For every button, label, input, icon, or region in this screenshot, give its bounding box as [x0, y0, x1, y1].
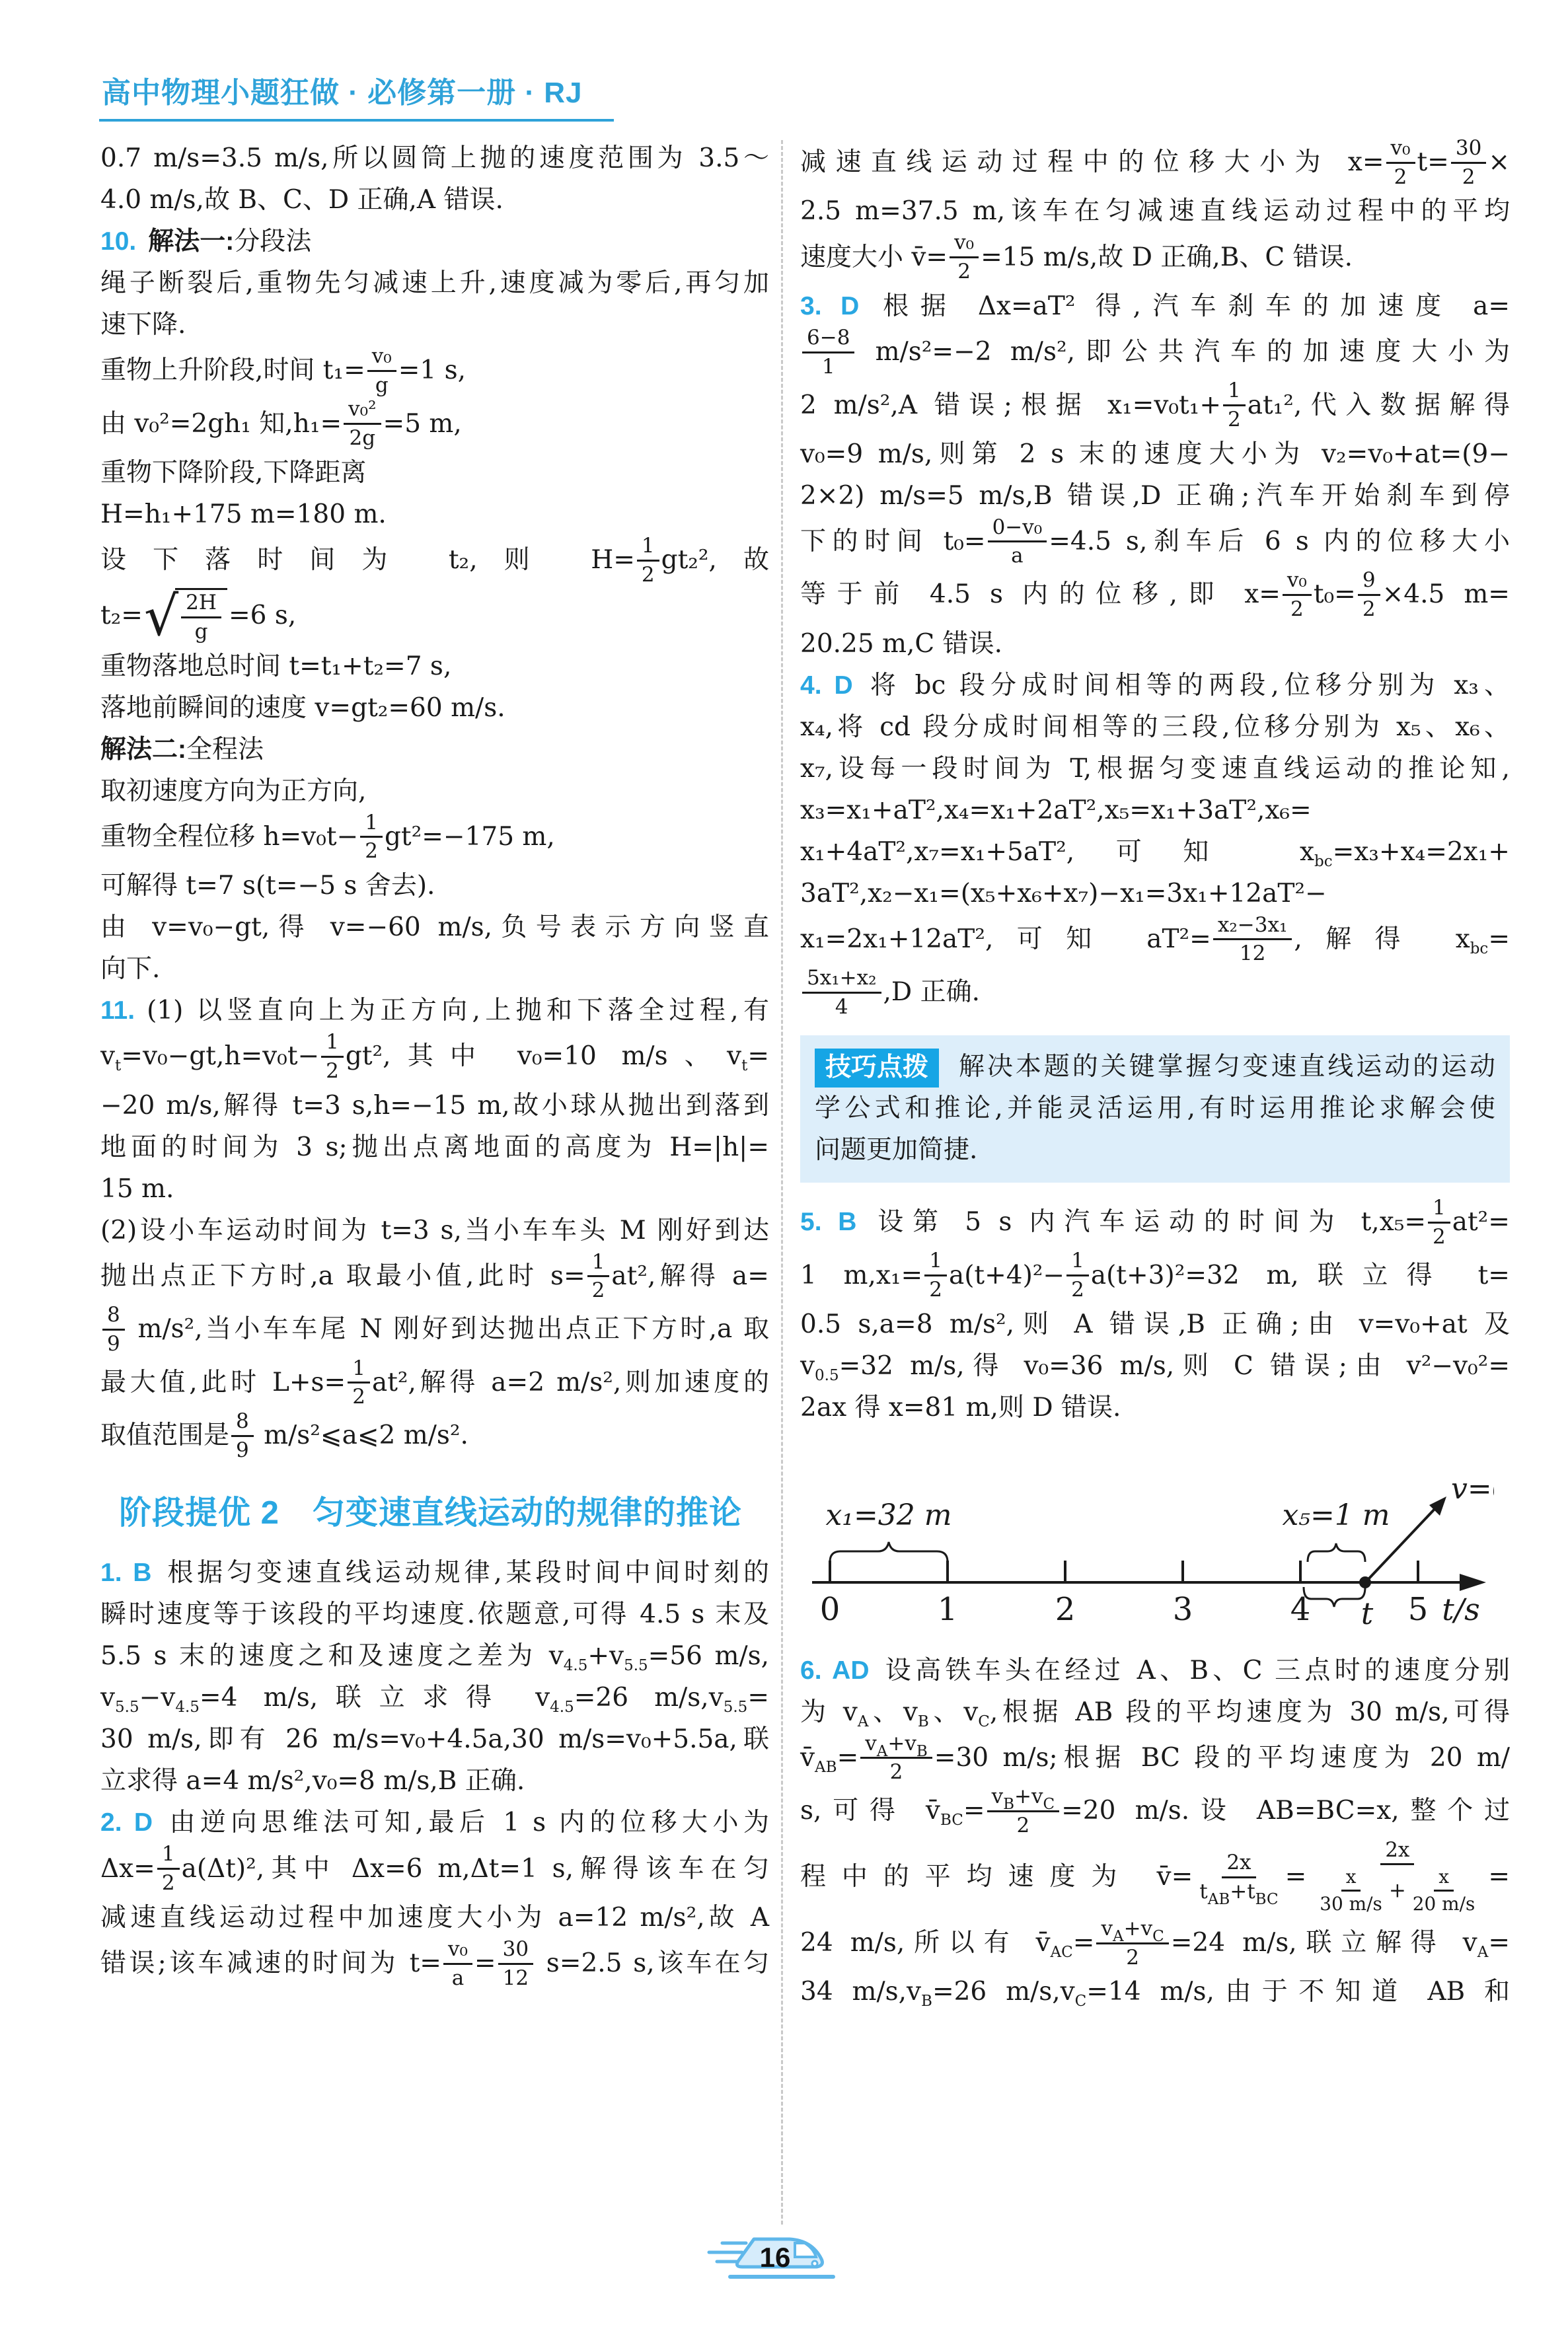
- fraction: 6−81: [802, 326, 854, 379]
- line-text: 错误;该车减速的时间为 t=v₀a=3012 s=2.5 s,该车在匀: [100, 1948, 769, 1978]
- fraction: 12: [1066, 1249, 1089, 1302]
- text-line: (2)设小车运动时间为 t=3 s,当小车车头 M 刚好到达: [100, 1210, 769, 1251]
- text-line: 5.5 s 末的速度之和及速度之差为 v4.5+v5.5=56 m/s,: [100, 1635, 769, 1677]
- line-text: 重物落地总时间 t=t₁+t₂=7 s,: [100, 651, 451, 681]
- text-line: 解法二:全程法: [100, 729, 769, 770]
- method-bold-label: 解法二:: [100, 735, 186, 764]
- line-text: 0.7 m/s=3.5 m/s,所以圆筒上抛的速度范围为 3.5～: [100, 143, 769, 173]
- subscript: A: [877, 1743, 888, 1760]
- text-line: 绳子断裂后,重物先匀减速上升,速度减为零后,再匀加: [100, 262, 769, 304]
- fraction: x₂−3x₁12: [1213, 913, 1292, 966]
- tip-label-badge: 技巧点拨: [815, 1049, 939, 1088]
- text-line: 4.0 m/s,故 B、C、D 正确,A 错误.: [100, 179, 769, 221]
- subscript: C: [1043, 1796, 1055, 1813]
- fraction: 12: [348, 1356, 370, 1409]
- tick-label-1: 1: [938, 1591, 958, 1628]
- line-text: 20.25 m,C 错误.: [800, 629, 1002, 659]
- answer-number-marker: 4. D: [800, 671, 853, 700]
- tip-text-line: 技巧点拨解决本题的关键掌握匀变速直线运动的运动: [815, 1046, 1495, 1088]
- line-text: 根据 Δx=aT² 得,汽车刹车的加速度 a=: [871, 291, 1510, 321]
- subscript: A: [858, 1713, 869, 1730]
- text-line: s,可得 v̄BC=vB+vC2=20 m/s.设 AB=BC=x,整个过: [800, 1786, 1510, 1839]
- text-line: 取值范围是89 m/s²⩽a⩽2 m/s².: [100, 1411, 769, 1463]
- subscript: B: [918, 1713, 929, 1730]
- text-line: 89 m/s²,当小车车尾 N 刚好到达抛出点正下方时,a 取: [100, 1304, 769, 1357]
- fraction: v₀²2g: [344, 397, 381, 450]
- answer-number-marker: 10.: [100, 227, 136, 256]
- section-heading: 阶段提优 2 匀变速直线运动的规律的推论: [119, 1487, 769, 1533]
- text-line: v5.5−v4.5=4 m/s,联立求得 v4.5=26 m/s,v5.5=: [100, 1677, 769, 1718]
- line-text: 由 v₀²=2gh₁ 知,h₁=v₀²2g=5 m,: [100, 409, 462, 439]
- line-text: 由逆向思维法可知,最后 1 s 内的位移大小为: [165, 1808, 769, 1837]
- text-line: 速下降.: [100, 304, 769, 346]
- line-text: 立求得 a=4 m/s²,v₀=8 m/s,B 正确.: [100, 1766, 525, 1796]
- subscript: AB: [1208, 1891, 1230, 1908]
- subscript: AB: [815, 1759, 837, 1776]
- fraction: 12: [924, 1249, 947, 1302]
- book-header-title: 高中物理小题狂做 · 必修第一册 · RJ: [102, 77, 582, 109]
- line-text: H=h₁+175 m=180 m.: [100, 499, 387, 529]
- line-text: Δx=12a(Δt)²,其中 Δx=6 m,Δt=1 s,解得该车在匀: [100, 1854, 769, 1884]
- text-line: 程中的平均速度为 v̄=2xtAB+tBC=2xx30 m/s+x20 m/s=: [800, 1839, 1510, 1918]
- line-text: 4.0 m/s,故 B、C、D 正确,A 错误.: [100, 185, 504, 215]
- axis-ticks: [830, 1561, 1418, 1582]
- text-line: 落地前瞬间的速度 v=gt₂=60 m/s.: [100, 687, 769, 729]
- answer-line: 11.(1) 以竖直向上为正方向,上抛和下落全过程,有: [100, 990, 769, 1031]
- line-text: 30 m/s,即有 26 m/s=v₀+4.5a,30 m/s=v₀+5.5a,…: [100, 1724, 769, 1754]
- fraction: 3012: [498, 1937, 533, 1990]
- right-column: 减速直线运动过程中的位移大小为 x=v₀2t=302×2.5 m=37.5 m,…: [800, 137, 1510, 2012]
- fraction: 89: [231, 1409, 254, 1462]
- line-text: 减速直线运动过程中加速度大小为 a=12 m/s²,故 A: [100, 1903, 769, 1933]
- text-line: 设下落时间为 t₂,则 H=12gt₂²,故: [100, 535, 769, 588]
- text-line: 最大值,此时 L+s=12at²,解得 a=2 m/s²,则加速度的: [100, 1358, 769, 1411]
- text-line: 地面的时间为 3 s;抛出点离地面的高度为 H=|h|=: [100, 1126, 769, 1168]
- text-line: x₁=2x₁+12aT²,可知 aT²=x₂−3x₁12,解得 xbc=: [800, 914, 1510, 967]
- axis-unit-label: t/s: [1442, 1592, 1480, 1627]
- line-text: 取初速度方向为正方向,: [100, 776, 366, 806]
- line-text: 1 m,x₁=12a(t+4)²−12a(t+3)²=32 m,联立得 t=: [800, 1261, 1510, 1290]
- tick-label-2: 2: [1055, 1591, 1076, 1628]
- line-text: 可解得 t=7 s(t=−5 s 舍去).: [100, 871, 435, 901]
- brace-x1-label: x₁=32 m: [825, 1498, 952, 1532]
- line-text: 5.5 s 末的速度之和及速度之差为 v4.5+v5.5=56 m/s,: [100, 1641, 769, 1671]
- text-line: x₇,设每一段时间为 T,根据匀变速直线运动的推论知,: [800, 748, 1510, 790]
- fraction: v₀2: [1283, 568, 1312, 621]
- text-line: 瞬时速度等于该段的平均速度.依题意,可得 4.5 s 末及: [100, 1594, 769, 1635]
- text-line: 由 v₀²=2gh₁ 知,h₁=v₀²2g=5 m,: [100, 398, 769, 451]
- text-line: 可解得 t=7 s(t=−5 s 舍去).: [100, 865, 769, 906]
- fraction: 0−v₀a: [988, 515, 1047, 568]
- fraction: v₀2: [950, 231, 979, 283]
- subscript: C: [978, 1713, 990, 1730]
- line-text: x₄,将 cd 段分成时间相等的三段,位移分别为 x₅、x₆、: [800, 712, 1510, 742]
- text-line: 2.5 m=37.5 m,该车在匀减速直线运动过程中的平均: [800, 190, 1510, 232]
- answer-line: 3. D根据 Δx=aT² 得,汽车刹车的加速度 a=: [800, 285, 1510, 327]
- line-text: v₀=9 m/s,则第 2 s 末的速度大小为 v₂=v₀+at=(9−: [800, 439, 1510, 469]
- book-header: 高中物理小题狂做 · 必修第一册 · RJ: [99, 69, 614, 122]
- answer-number-marker: 1. B: [100, 1559, 151, 1587]
- line-text: 34 m/s,vB=26 m/s,vC=14 m/s,由于不知道 AB 和: [800, 1977, 1510, 2007]
- line-text: v0.5=32 m/s,得 v₀=36 m/s,则 C 错误;由 v²−v₀²=: [800, 1351, 1510, 1381]
- tick-label-3: 3: [1173, 1591, 1193, 1628]
- subscript: BC: [940, 1812, 963, 1829]
- subscript: A: [1113, 1928, 1124, 1945]
- tip-text-line: 问题更加简捷.: [815, 1129, 1495, 1171]
- line-text: 重物下降阶段,下降距离: [100, 458, 366, 488]
- tick-label-4: 4: [1290, 1591, 1311, 1628]
- line-text: 将 bc 段分成时间相等的两段,位移分别为 x₃、: [865, 671, 1510, 700]
- line-text: 最大值,此时 L+s=12at²,解得 a=2 m/s²,则加速度的: [100, 1368, 769, 1397]
- line-text: 根据匀变速直线运动规律,某段时间中间时刻的: [163, 1558, 769, 1588]
- subscript: bc: [1470, 940, 1489, 957]
- line-text: 2.5 m=37.5 m,该车在匀减速直线运动过程中的平均: [800, 196, 1510, 226]
- subscript: t: [741, 1057, 747, 1074]
- text-line: 34 m/s,vB=26 m/s,vC=14 m/s,由于不知道 AB 和: [800, 1971, 1510, 2012]
- line-text: 6−81 m/s²=−2 m/s²,即公共汽车的加速度大小为: [800, 337, 1510, 367]
- left-column: 0.7 m/s=3.5 m/s,所以圆筒上抛的速度范围为 3.5～4.0 m/s…: [100, 137, 769, 1991]
- answer-line: 4. D将 bc 段分成时间相等的两段,位移分别为 x₃、: [800, 665, 1510, 706]
- line-text: v5.5−v4.5=4 m/s,联立求得 v4.5=26 m/s,v5.5=: [100, 1683, 769, 1713]
- line-text: 抛出点正下方时,a 取最小值,此时 s=12at²,解得 a=: [100, 1261, 769, 1291]
- line-text: 2×2) m/s=5 m/s,B 错误,D 正确;汽车开始刹车到停: [800, 481, 1510, 511]
- text-line: 6−81 m/s²=−2 m/s²,即公共汽车的加速度大小为: [800, 327, 1510, 380]
- subscript: bc: [1314, 853, 1333, 870]
- answer-line: 10.解法一:分段法: [100, 221, 769, 262]
- axis-tick-labels: 0 1 2 3 4 5: [820, 1591, 1429, 1628]
- line-text: 向下.: [100, 954, 160, 984]
- text-line: 减速直线运动过程中加速度大小为 a=12 m/s²,故 A: [100, 1897, 769, 1938]
- text-line: x₃=x₁+aT²,x₄=x₁+2aT²,x₅=x₁+3aT²,x₆=: [800, 790, 1510, 831]
- text-line: 0.7 m/s=3.5 m/s,所以圆筒上抛的速度范围为 3.5～: [100, 137, 769, 179]
- text-line: x₁+4aT²,x₇=x₁+5aT²,可知 xbc=x₃+x₄=2x₁+: [800, 831, 1510, 873]
- column-divider: [781, 140, 783, 2225]
- answer-number-marker: 5. B: [800, 1208, 856, 1236]
- text-line: vt=v₀−gt,h=v₀t−12gt²,其中 v₀=10 m/s、vt=: [100, 1031, 769, 1084]
- line-text: 0.5 s,a=8 m/s²,则 A 错误,B 正确;由 v=v₀+at 及: [800, 1310, 1510, 1339]
- text-line: 2 m/s²,A 错误;根据 x₁=v₀t₁+12at₁²,代入数据解得: [800, 380, 1510, 433]
- fraction: x30 m/s: [1315, 1866, 1387, 1915]
- line-text: t₂=√2Hg=6 s,: [100, 601, 296, 630]
- train-light: [812, 2261, 817, 2266]
- fraction: 12: [1428, 1196, 1450, 1249]
- fraction: vB+vC2: [987, 1785, 1060, 1837]
- answer-line: 1. B根据匀变速直线运动规律,某段时间中间时刻的: [100, 1552, 769, 1594]
- fraction: 2xx30 m/s+x20 m/s: [1308, 1838, 1486, 1917]
- point-time-label: t: [1361, 1596, 1374, 1631]
- line-text: (1) 以竖直向上为正方向,上抛和下落全过程,有: [147, 996, 769, 1025]
- text-line: Δx=12a(Δt)²,其中 Δx=6 m,Δt=1 s,解得该车在匀: [100, 1843, 769, 1896]
- line-text: 速度大小 v̄=v₀2=15 m/s,故 D 正确,B、C 错误.: [800, 242, 1353, 272]
- line-text: vt=v₀−gt,h=v₀t−12gt²,其中 v₀=10 m/s、vt=: [100, 1041, 769, 1071]
- fraction: 12: [321, 1030, 344, 1083]
- subscript: B: [921, 1993, 932, 2010]
- line-text: 程中的平均速度为 v̄=2xtAB+tBC=2xx30 m/s+x20 m/s=: [800, 1862, 1510, 1892]
- velocity-zero-label: v=0: [1451, 1472, 1494, 1506]
- line-text: 绳子断裂后,重物先匀减速上升,速度减为零后,再匀加: [100, 268, 769, 298]
- text-line: 下的时间 t₀=0−v₀a=4.5 s,刹车后 6 s 内的位移大小: [800, 517, 1510, 570]
- tick-label-5: 5: [1408, 1591, 1429, 1628]
- fraction: v₀g: [367, 344, 396, 397]
- fraction: 12: [637, 534, 659, 587]
- answer-number-marker: 6. AD: [800, 1656, 870, 1685]
- subscript: t: [115, 1057, 121, 1074]
- fraction: 12: [587, 1250, 610, 1303]
- fraction: vA+vB2: [860, 1732, 932, 1785]
- fraction: v₀2: [1386, 136, 1415, 189]
- line-text: v̄AB=vA+vB2=30 m/s;根据 BC 段的平均速度为 20 m/: [800, 1743, 1510, 1773]
- answer-line: 5. B设第 5 s 内汽车运动的时间为 t,x₅=12at²=: [800, 1197, 1510, 1250]
- line-text: x₁+4aT²,x₇=x₁+5aT²,可知 xbc=x₃+x₄=2x₁+: [800, 837, 1510, 867]
- under-brace-last-second: [1304, 1587, 1365, 1607]
- text-line: 向下.: [100, 948, 769, 990]
- text-line: 立求得 a=4 m/s²,v₀=8 m/s,B 正确.: [100, 1760, 769, 1802]
- text-line: 20.25 m,C 错误.: [800, 623, 1510, 665]
- subscript: B: [916, 1743, 928, 1760]
- text-line: 减速直线运动过程中的位移大小为 x=v₀2t=302×: [800, 137, 1510, 190]
- line-text: 89 m/s²,当小车车尾 N 刚好到达抛出点正下方时,a 取: [100, 1314, 769, 1344]
- axis-arrowhead: [1460, 1574, 1486, 1591]
- line-text: −20 m/s,解得 t=3 s,h=−15 m,故小球从抛出到落到: [100, 1091, 769, 1121]
- subscript: 5.5: [624, 1657, 648, 1674]
- text-line: 2ax 得 x=81 m,则 D 错误.: [800, 1387, 1510, 1428]
- tip-text-line: 学公式和推论,并能灵活运用,有时运用推论求解会使: [815, 1088, 1495, 1129]
- line-text: 等于前 4.5 s 内的位移,即 x=v₀2t₀=92×4.5 m=: [800, 579, 1510, 609]
- text-line: 1 m,x₁=12a(t+4)²−12a(t+3)²=32 m,联立得 t=: [800, 1250, 1510, 1303]
- answer-number-marker: 3. D: [800, 292, 859, 320]
- line-text: 全程法: [186, 735, 264, 764]
- line-text: 设第 5 s 内汽车运动的时间为 t,x₅=12at²=: [868, 1207, 1510, 1237]
- text-line: 重物上升阶段,时间 t₁=v₀g=1 s,: [100, 346, 769, 398]
- text-line: 重物落地总时间 t=t₁+t₂=7 s,: [100, 646, 769, 687]
- train-window: [795, 2243, 816, 2257]
- text-line: 0.5 s,a=8 m/s²,则 A 错误,B 正确;由 v=v₀+at 及: [800, 1304, 1510, 1345]
- text-line: v̄AB=vA+vB2=30 m/s;根据 BC 段的平均速度为 20 m/: [800, 1733, 1510, 1786]
- text-line: 15 m.: [100, 1168, 769, 1210]
- line-text: 5x₁+x₂4,D 正确.: [800, 977, 980, 1007]
- fraction: v₀a: [443, 1937, 472, 1990]
- line-text: 24 m/s,所以有 v̄AC=vA+vC2=24 m/s,联立解得 vA=: [800, 1928, 1510, 1958]
- tip-callout-box: 技巧点拨解决本题的关键掌握匀变速直线运动的运动学公式和推论,并能灵活运用,有时运…: [800, 1035, 1510, 1183]
- line-text: x₁=2x₁+12aT²,可知 aT²=x₂−3x₁12,解得 xbc=: [800, 924, 1510, 954]
- text-line: 为 vA、vB、vC,根据 AB 段的平均速度为 30 m/s,可得: [800, 1691, 1510, 1733]
- line-text: 瞬时速度等于该段的平均速度.依题意,可得 4.5 s 末及: [100, 1600, 769, 1629]
- text-line: 取初速度方向为正方向,: [100, 770, 769, 812]
- subscript: AC: [1051, 1944, 1073, 1961]
- fraction: x20 m/s: [1408, 1866, 1480, 1915]
- text-line: 2×2) m/s=5 m/s,B 错误,D 正确;汽车开始刹车到停: [800, 475, 1510, 517]
- line-text: 2ax 得 x=81 m,则 D 错误.: [800, 1393, 1121, 1422]
- subscript: 4.5: [564, 1657, 588, 1674]
- line-text: 取值范围是89 m/s²⩽a⩽2 m/s².: [100, 1421, 468, 1450]
- subscript: 5.5: [115, 1699, 139, 1716]
- fraction: 12: [157, 1842, 180, 1895]
- subscript: C: [1075, 1993, 1087, 2010]
- text-line: 速度大小 v̄=v₀2=15 m/s,故 D 正确,B、C 错误.: [800, 232, 1510, 285]
- subscript: B: [1003, 1796, 1014, 1813]
- line-text: 减速直线运动过程中的位移大小为 x=v₀2t=302×: [800, 147, 1510, 177]
- line-text: 下的时间 t₀=0−v₀a=4.5 s,刹车后 6 s 内的位移大小: [800, 527, 1510, 556]
- text-line: 重物下降阶段,下降距离: [100, 452, 769, 494]
- line-text: 地面的时间为 3 s;抛出点离地面的高度为 H=|h|=: [100, 1132, 769, 1162]
- line-text: x₃=x₁+aT²,x₄=x₁+2aT²,x₅=x₁+3aT²,x₆=: [800, 795, 1312, 825]
- answer-line: 2. D由逆向思维法可知,最后 1 s 内的位移大小为: [100, 1802, 769, 1843]
- answer-line: 6. AD设高铁车头在经过 A、B、C 三点时的速度分别: [800, 1650, 1510, 1691]
- method-bold-label: 解法一:: [148, 227, 234, 256]
- fraction: vA+vC2: [1096, 1917, 1168, 1970]
- text-line: 3aT²,x₂−x₁=(x₅+x₆+x₇)−x₁=3x₁+12aT²−: [800, 873, 1510, 914]
- text-line: v0.5=32 m/s,得 v₀=36 m/s,则 C 错误;由 v²−v₀²=: [800, 1345, 1510, 1387]
- line-text: 重物全程位移 h=v₀t−12gt²=−175 m,: [100, 822, 555, 852]
- subscript: 4.5: [175, 1699, 200, 1716]
- brace-x5-label: x₅=1 m: [1282, 1498, 1390, 1532]
- text-line: 重物全程位移 h=v₀t−12gt²=−175 m,: [100, 812, 769, 865]
- text-line: 30 m/s,即有 26 m/s=v₀+4.5a,30 m/s=v₀+5.5a,…: [100, 1718, 769, 1760]
- answer-number-marker: 11.: [100, 996, 135, 1025]
- subscript: 4.5: [550, 1699, 574, 1716]
- motion-number-line-diagram: 0 1 2 3 4 5 t/s x₁=32 m x₅=1 m t v=0: [800, 1447, 1510, 1644]
- text-line: 5x₁+x₂4,D 正确.: [800, 967, 1510, 1020]
- brace-x1-segment: [830, 1542, 948, 1562]
- text-line: −20 m/s,解得 t=3 s,h=−15 m,故小球从抛出到落到: [100, 1085, 769, 1126]
- fraction: 12: [360, 811, 383, 864]
- subscript: A: [1477, 1944, 1489, 1961]
- text-line: H=h₁+175 m=180 m.: [100, 494, 769, 535]
- answer-number-marker: 2. D: [100, 1808, 153, 1837]
- train-icon: 16: [702, 2234, 854, 2284]
- line-text: 设高铁车头在经过 A、B、C 三点时的速度分别: [881, 1656, 1510, 1685]
- line-text: (2)设小车运动时间为 t=3 s,当小车车头 M 刚好到达: [100, 1216, 769, 1245]
- subscript: C: [1152, 1928, 1164, 1945]
- text-line: 由 v=v₀−gt,得 v=−60 m/s,负号表示方向竖直: [100, 906, 769, 948]
- line-text: 由 v=v₀−gt,得 v=−60 m/s,负号表示方向竖直: [100, 912, 769, 942]
- line-text: 设下落时间为 t₂,则 H=12gt₂²,故: [100, 545, 769, 575]
- line-text: 分段法: [234, 227, 311, 256]
- two-column-layout: 0.7 m/s=3.5 m/s,所以圆筒上抛的速度范围为 3.5～4.0 m/s…: [100, 137, 1568, 2225]
- subscript: BC: [1255, 1891, 1279, 1908]
- fraction: 12: [1223, 379, 1246, 431]
- fraction: 2Hg: [181, 591, 221, 644]
- line-text: 重物上升阶段,时间 t₁=v₀g=1 s,: [100, 355, 466, 385]
- workbook-answer-page: { "colors": { "accent": "#29a7e2", "head…: [0, 0, 1568, 2325]
- tick-label-0: 0: [820, 1591, 840, 1628]
- motion-diagram-svg: 0 1 2 3 4 5 t/s x₁=32 m x₅=1 m t v=0: [800, 1447, 1494, 1642]
- text-line: v₀=9 m/s,则第 2 s 末的速度大小为 v₂=v₀+at=(9−: [800, 433, 1510, 475]
- line-text: x₇,设每一段时间为 T,根据匀变速直线运动的推论知,: [800, 754, 1510, 784]
- brace-x5-segment: [1308, 1543, 1365, 1562]
- line-text: s,可得 v̄BC=vB+vC2=20 m/s.设 AB=BC=x,整个过: [800, 1796, 1510, 1826]
- text-line: 抛出点正下方时,a 取最小值,此时 s=12at²,解得 a=: [100, 1251, 769, 1304]
- page-footer-train: 16: [702, 2234, 854, 2287]
- subscript: 5.5: [724, 1699, 748, 1716]
- line-text: 速下降.: [100, 310, 186, 340]
- line-text: 为 vA、vB、vC,根据 AB 段的平均速度为 30 m/s,可得: [800, 1697, 1510, 1727]
- text-line: 错误;该车减速的时间为 t=v₀a=3012 s=2.5 s,该车在匀: [100, 1938, 769, 1991]
- fraction: 302: [1451, 136, 1486, 189]
- text-line: x₄,将 cd 段分成时间相等的三段,位移分别为 x₅、x₆、: [800, 706, 1510, 748]
- line-text: 落地前瞬间的速度 v=gt₂=60 m/s.: [100, 693, 505, 723]
- text-line: 等于前 4.5 s 内的位移,即 x=v₀2t₀=92×4.5 m=: [800, 570, 1510, 622]
- page-number: 16: [760, 2242, 791, 2273]
- text-line: 24 m/s,所以有 v̄AC=vA+vC2=24 m/s,联立解得 vA=: [800, 1918, 1510, 1971]
- line-text: 3aT²,x₂−x₁=(x₅+x₆+x₇)−x₁=3x₁+12aT²−: [800, 879, 1327, 908]
- fraction: 92: [1358, 568, 1380, 621]
- subscript: 0.5: [815, 1367, 839, 1384]
- fraction: 2xtAB+tBC: [1195, 1851, 1283, 1903]
- fraction: 5x₁+x₂4: [802, 966, 881, 1019]
- square-root: √2Hg: [144, 588, 227, 645]
- line-text: 15 m.: [100, 1174, 174, 1204]
- line-text: 2 m/s²,A 错误;根据 x₁=v₀t₁+12at₁²,代入数据解得: [800, 390, 1510, 420]
- text-line: t₂=√2Hg=6 s,: [100, 588, 769, 645]
- fraction: 89: [102, 1303, 125, 1356]
